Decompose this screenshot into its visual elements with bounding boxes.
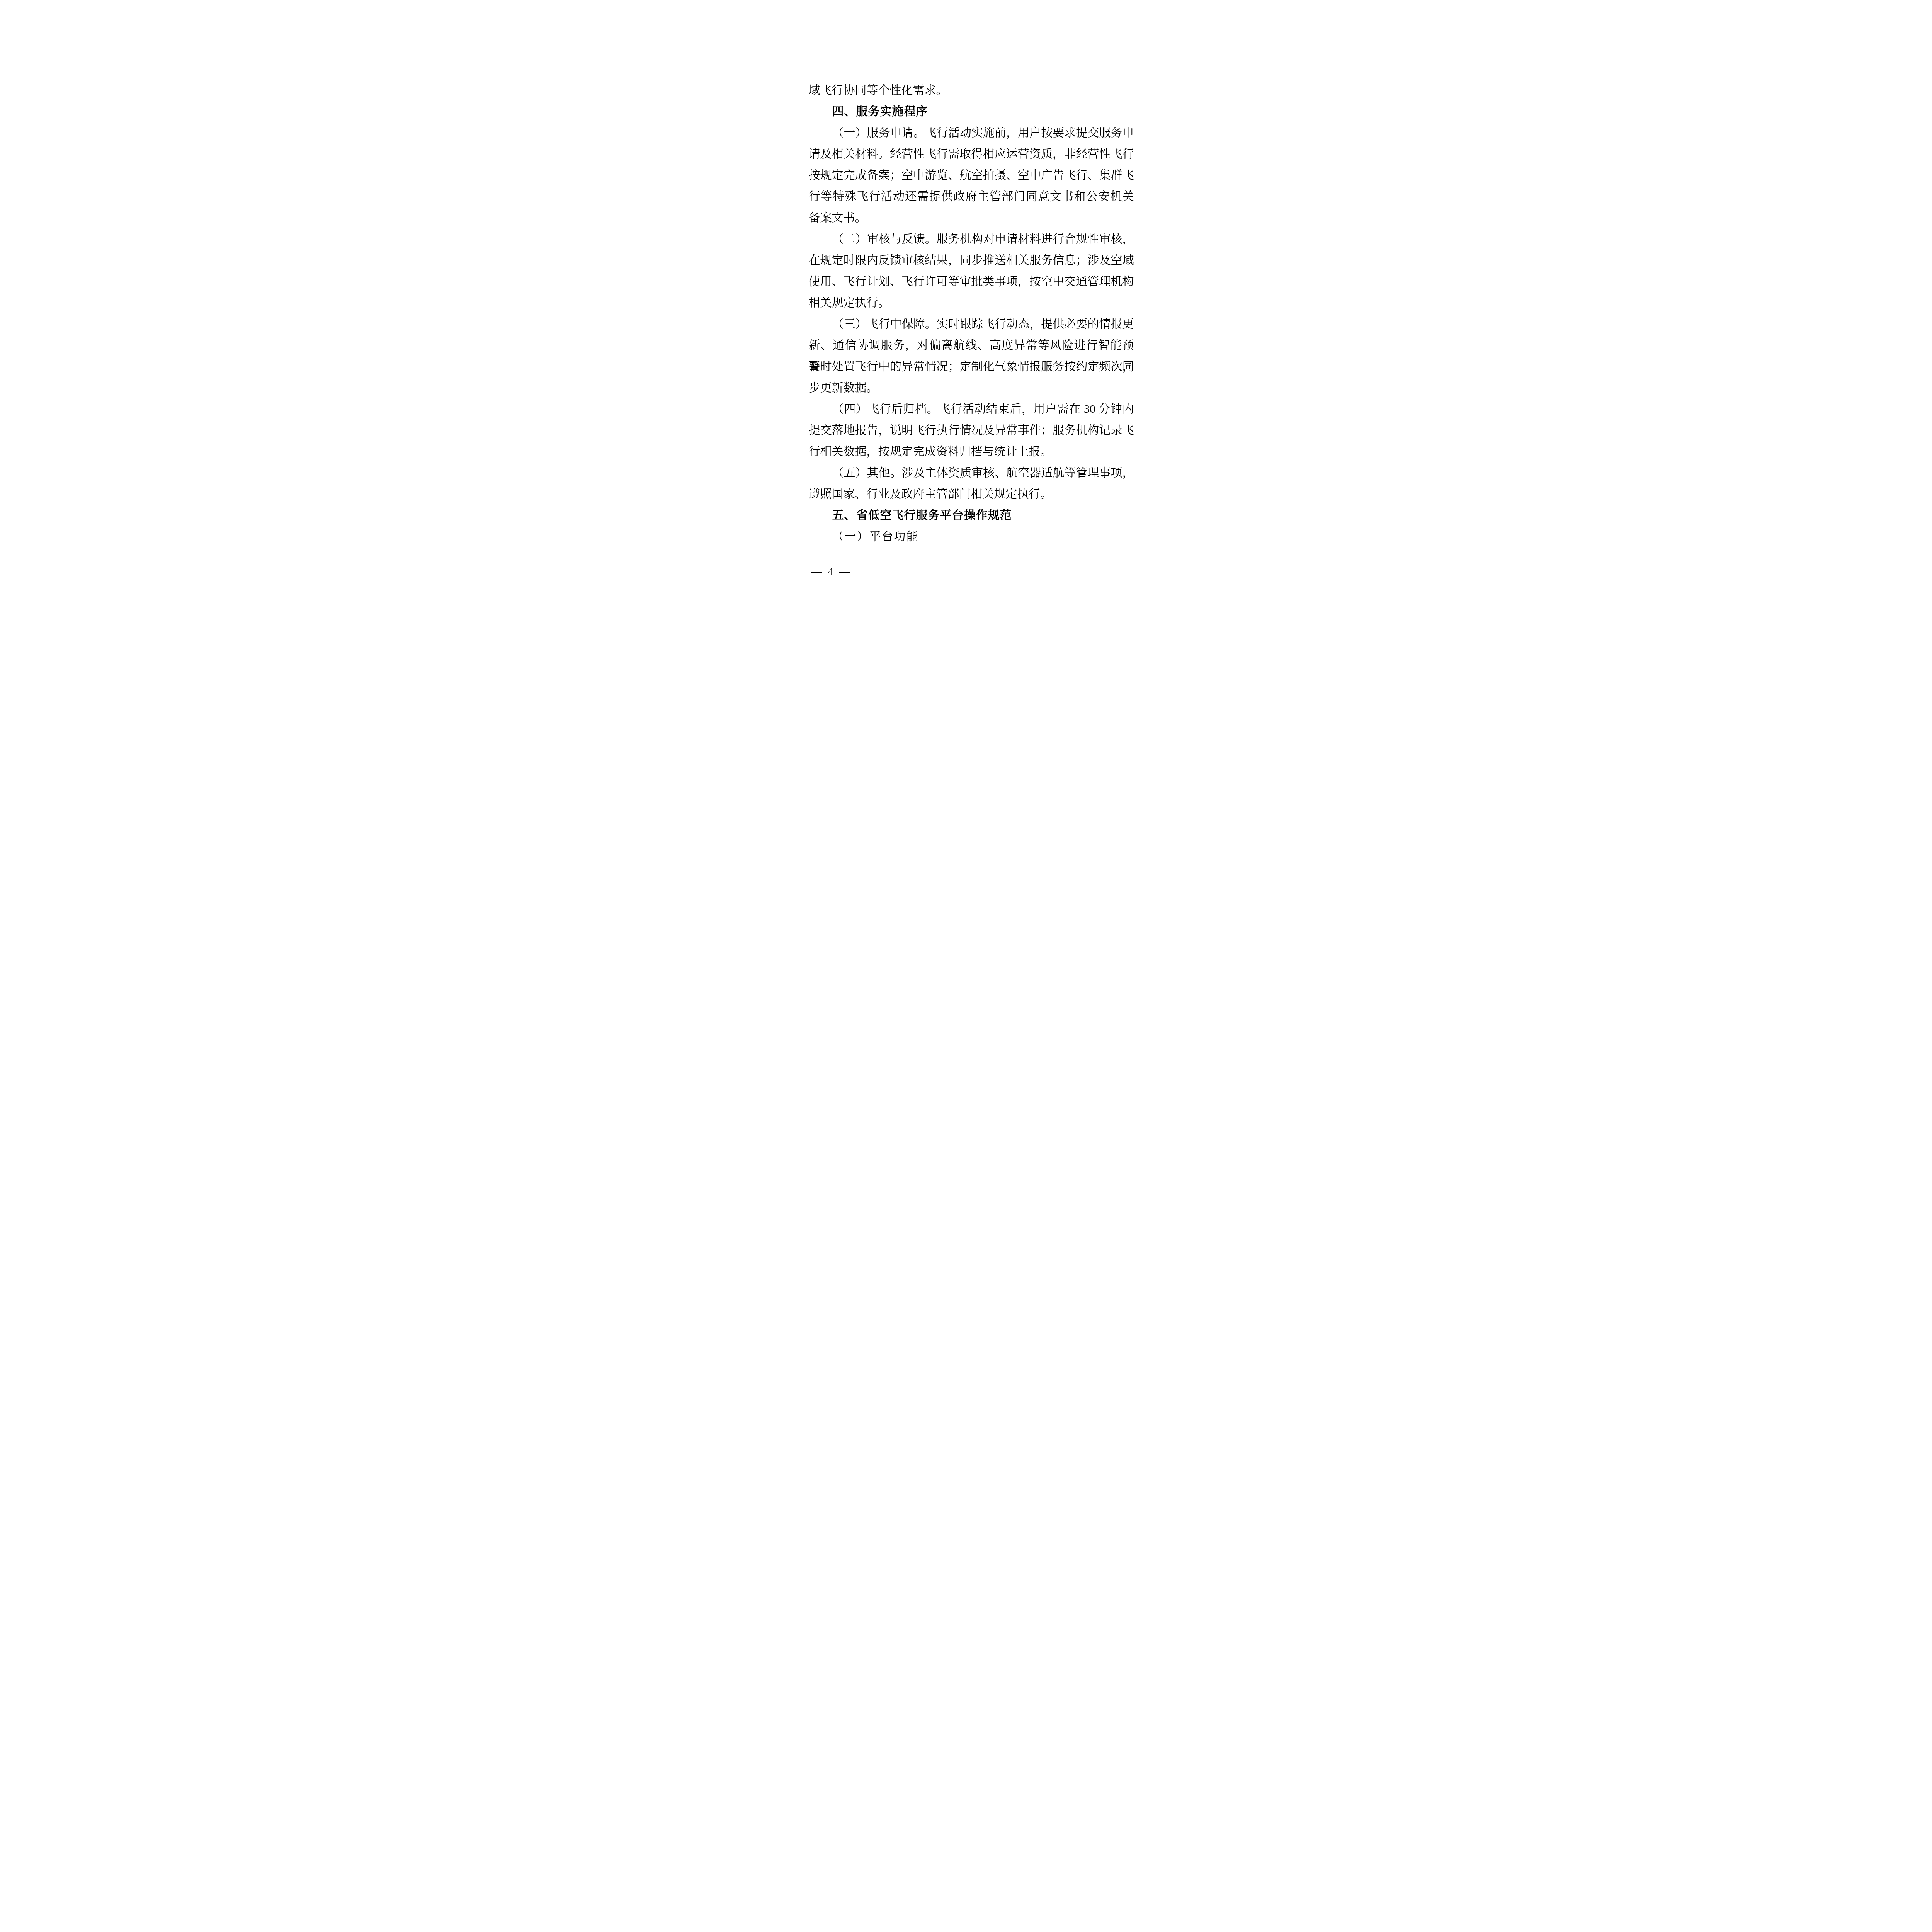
paragraph-first-line: （五）其他。涉及主体资质审核、航空器适航等管理事项， bbox=[809, 462, 1134, 483]
body-line: 相关规定执行。 bbox=[809, 292, 1134, 313]
body-line: 行相关数据，按规定完成资料归档与统计上报。 bbox=[809, 441, 1134, 462]
body-line: 新、通信协调服务，对偏离航线、高度异常等风险进行智能预警， bbox=[809, 335, 1134, 356]
paragraph-first-line: （三）飞行中保障。实时跟踪飞行动态，提供必要的情报更 bbox=[809, 313, 1134, 335]
body-line: 及时处置飞行中的异常情况；定制化气象情报服务按约定频次同 bbox=[809, 356, 1134, 377]
body-line: 备案文书。 bbox=[809, 207, 1134, 228]
page-number: — 4 — bbox=[811, 561, 852, 582]
body-line: 域飞行协同等个性化需求。 bbox=[809, 80, 1134, 101]
section-heading-4: 四、服务实施程序 bbox=[809, 101, 1134, 122]
body-line: 行等特殊飞行活动还需提供政府主管部门同意文书和公安机关 bbox=[809, 186, 1134, 207]
body-line: 按规定完成备案；空中游览、航空拍摄、空中广告飞行、集群飞 bbox=[809, 165, 1134, 186]
document-page: 域飞行协同等个性化需求。 四、服务实施程序 （一）服务申请。飞行活动实施前，用户… bbox=[752, 0, 1181, 607]
body-line: 遵照国家、行业及政府主管部门相关规定执行。 bbox=[809, 483, 1134, 505]
body-line: 请及相关材料。经营性飞行需取得相应运营资质，非经营性飞行 bbox=[809, 143, 1134, 165]
body-line: 在规定时限内反馈审核结果，同步推送相关服务信息；涉及空域 bbox=[809, 250, 1134, 271]
section-heading-5: 五、省低空飞行服务平台操作规范 bbox=[809, 505, 1134, 526]
body-line: 提交落地报告，说明飞行执行情况及异常事件；服务机构记录飞 bbox=[809, 420, 1134, 441]
subsection-heading: （一）平台功能 bbox=[809, 526, 1134, 547]
body-line: 步更新数据。 bbox=[809, 377, 1134, 398]
body-line: 使用、飞行计划、飞行许可等审批类事项，按空中交通管理机构 bbox=[809, 271, 1134, 292]
text-block: 域飞行协同等个性化需求。 四、服务实施程序 （一）服务申请。飞行活动实施前，用户… bbox=[809, 80, 1134, 547]
paragraph-first-line: （一）服务申请。飞行活动实施前，用户按要求提交服务申 bbox=[809, 122, 1134, 143]
paragraph-first-line: （二）审核与反馈。服务机构对申请材料进行合规性审核， bbox=[809, 228, 1134, 250]
paragraph-first-line: （四）飞行后归档。飞行活动结束后，用户需在 30 分钟内 bbox=[809, 398, 1134, 420]
